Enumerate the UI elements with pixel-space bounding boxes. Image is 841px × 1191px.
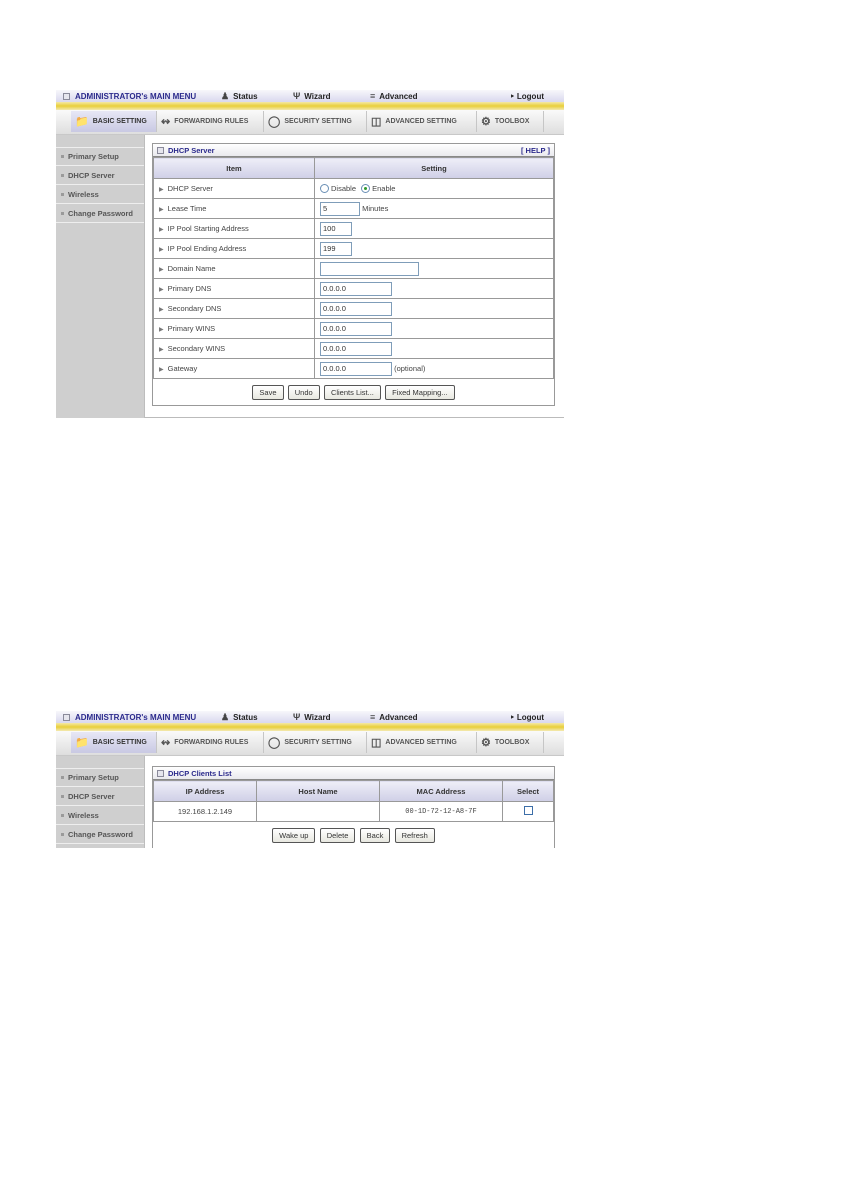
advanced-label: Advanced xyxy=(379,92,417,101)
wake-up-button[interactable]: Wake up xyxy=(272,828,315,843)
arrows-icon: ↭ xyxy=(161,115,170,128)
tab-advanced-setting[interactable]: ◫ADVANCED SETTING xyxy=(367,732,477,753)
disable-radio[interactable] xyxy=(320,184,329,193)
bullet-icon xyxy=(61,155,64,158)
wizard-icon: Ψ xyxy=(293,91,300,101)
pool-start-input[interactable]: 100 xyxy=(320,222,352,236)
undo-button[interactable]: Undo xyxy=(288,385,320,400)
tab-label: ADVANCED SETTING xyxy=(385,739,456,746)
arrows-icon: ↭ xyxy=(161,736,170,749)
col-setting: Setting xyxy=(315,158,554,179)
row-label: ▶Secondary DNS xyxy=(154,299,315,319)
secondary-dns-input[interactable]: 0.0.0.0 xyxy=(320,302,392,316)
col-item: Item xyxy=(154,158,315,179)
delete-button[interactable]: Delete xyxy=(320,828,356,843)
status-icon: ♟ xyxy=(221,91,229,102)
sidebar-item-change-password[interactable]: Change Password xyxy=(56,825,144,844)
advanced-setting-icon: ◫ xyxy=(371,736,381,749)
sidebar: Primary Setup DHCP Server Wireless Chang… xyxy=(56,756,145,848)
gateway-note: (optional) xyxy=(394,363,425,372)
table-row: ▶Gateway 0.0.0.0 (optional) xyxy=(154,359,554,379)
tab-label: ADVANCED SETTING xyxy=(385,118,456,125)
row-setting: 100 xyxy=(315,219,554,239)
tab-toolbox[interactable]: ⚙TOOLBOX xyxy=(477,111,544,132)
advanced-icon: ≡ xyxy=(370,91,375,101)
button-row: Wake up Delete Back Refresh xyxy=(153,822,554,848)
sidebar-item-wireless[interactable]: Wireless xyxy=(56,806,144,825)
col-mac-address: MAC Address xyxy=(380,781,503,802)
tab-advanced-setting[interactable]: ◫ADVANCED SETTING xyxy=(367,111,477,132)
table-row: ▶Lease Time 5 Minutes xyxy=(154,199,554,219)
advanced-link[interactable]: ≡Advanced xyxy=(370,91,418,101)
secondary-wins-input[interactable]: 0.0.0.0 xyxy=(320,342,392,356)
lease-unit: Minutes xyxy=(362,203,388,212)
panel-header: DHCP Server [ HELP ] xyxy=(153,144,554,157)
arrow-icon: ▶ xyxy=(159,327,164,333)
panel-title: DHCP Server xyxy=(168,146,215,155)
tab-forwarding-rules[interactable]: ↭FORWARDING RULES xyxy=(157,732,264,753)
table-row: ▶DHCP Server Disable Enable xyxy=(154,179,554,199)
table-row: ▶Secondary DNS 0.0.0.0 xyxy=(154,299,554,319)
panel-square-icon xyxy=(157,147,164,154)
tab-security-setting[interactable]: ◯SECURITY SETTING xyxy=(264,111,367,132)
toolbox-icon: ⚙ xyxy=(481,736,491,749)
back-button[interactable]: Back xyxy=(360,828,391,843)
clients-table: IP Address Host Name MAC Address Select … xyxy=(153,780,554,822)
folder-icon: 📁 xyxy=(75,736,89,749)
row-setting: 0.0.0.0 xyxy=(315,319,554,339)
pool-end-input[interactable]: 199 xyxy=(320,242,352,256)
status-icon: ♟ xyxy=(221,712,229,723)
table-row: ▶Secondary WINS 0.0.0.0 xyxy=(154,339,554,359)
sidebar-item-wireless[interactable]: Wireless xyxy=(56,185,144,204)
label-text: Secondary WINS xyxy=(168,344,226,353)
bullet-icon xyxy=(61,795,64,798)
dhcp-clients-screenshot: ADMINISTRATOR's MAIN MENU ♟Status ΨWizar… xyxy=(56,711,564,848)
main-menu-bar: ADMINISTRATOR's MAIN MENU ♟Status ΨWizar… xyxy=(56,711,564,723)
tab-forwarding-rules[interactable]: ↭FORWARDING RULES xyxy=(157,111,264,132)
tab-label: SECURITY SETTING xyxy=(284,118,352,125)
row-label: ▶Secondary WINS xyxy=(154,339,315,359)
lock-icon: ◯ xyxy=(268,115,280,128)
logout-label: Logout xyxy=(517,92,544,101)
gold-divider xyxy=(56,102,564,110)
panel-title: DHCP Clients List xyxy=(168,769,232,778)
label-text: Domain Name xyxy=(168,264,216,273)
arrow-icon: ▶ xyxy=(159,187,164,193)
col-host-name: Host Name xyxy=(257,781,380,802)
sidebar-item-dhcp-server[interactable]: DHCP Server xyxy=(56,166,144,185)
dhcp-server-screenshot: ADMINISTRATOR's MAIN MENU ♟Status ΨWizar… xyxy=(56,90,564,418)
table-row: 192.168.1.2.149 00-1D-72-12-A8-7F xyxy=(154,802,554,822)
dhcp-clients-panel: DHCP Clients List IP Address Host Name M… xyxy=(152,766,555,848)
arrow-icon: ▶ xyxy=(159,307,164,313)
panel-header: DHCP Clients List xyxy=(153,767,554,780)
row-setting: 0.0.0.0 xyxy=(315,339,554,359)
arrow-icon: ▶ xyxy=(159,227,164,233)
client-mac: 00-1D-72-12-A8-7F xyxy=(380,802,503,822)
toolbox-icon: ⚙ xyxy=(481,115,491,128)
bullet-icon xyxy=(61,833,64,836)
tab-basic-setting[interactable]: 📁BASIC SETTING xyxy=(71,111,157,132)
label-text: IP Pool Ending Address xyxy=(168,244,247,253)
row-label: ▶Primary DNS xyxy=(154,279,315,299)
main-menu-title: ADMINISTRATOR's MAIN MENU xyxy=(75,713,196,722)
sidebar-item-change-password[interactable]: Change Password xyxy=(56,204,144,223)
row-label: ▶Gateway xyxy=(154,359,315,379)
client-host xyxy=(257,802,380,822)
tab-bar: 📁BASIC SETTING ↭FORWARDING RULES ◯SECURI… xyxy=(56,110,564,135)
arrow-icon: ▶ xyxy=(159,347,164,353)
row-label: ▶Primary WINS xyxy=(154,319,315,339)
label-text: Gateway xyxy=(168,364,198,373)
sidebar-label: DHCP Server xyxy=(68,792,115,801)
enable-radio[interactable] xyxy=(361,184,370,193)
sidebar: Primary Setup DHCP Server Wireless Chang… xyxy=(56,135,145,418)
label-text: Primary WINS xyxy=(168,324,216,333)
sidebar-label: Primary Setup xyxy=(68,773,119,782)
wizard-label: Wizard xyxy=(304,713,330,722)
sidebar-label: Change Password xyxy=(68,830,133,839)
folder-icon: 📁 xyxy=(75,115,89,128)
menu-square-icon xyxy=(63,93,70,100)
primary-dns-input[interactable]: 0.0.0.0 xyxy=(320,282,392,296)
wizard-icon: Ψ xyxy=(293,712,300,722)
table-row: ▶Domain Name xyxy=(154,259,554,279)
primary-wins-input[interactable]: 0.0.0.0 xyxy=(320,322,392,336)
advanced-setting-icon: ◫ xyxy=(371,115,381,128)
status-label: Status xyxy=(233,92,257,101)
tab-label: TOOLBOX xyxy=(495,118,529,125)
domain-name-input[interactable] xyxy=(320,262,419,276)
table-row: ▶IP Pool Starting Address 100 xyxy=(154,219,554,239)
status-link[interactable]: ♟Status xyxy=(221,712,258,723)
table-row: ▶IP Pool Ending Address 199 xyxy=(154,239,554,259)
arrow-icon: ▶ xyxy=(159,267,164,273)
help-link[interactable]: [ HELP ] xyxy=(521,146,550,155)
gold-divider xyxy=(56,723,564,731)
gateway-input[interactable]: 0.0.0.0 xyxy=(320,362,392,376)
panel-square-icon xyxy=(157,770,164,777)
lease-time-input[interactable]: 5 xyxy=(320,202,360,216)
client-select-cell xyxy=(503,802,554,822)
wizard-link[interactable]: ΨWizard xyxy=(293,712,330,722)
tab-label: SECURITY SETTING xyxy=(284,739,352,746)
label-text: Lease Time xyxy=(168,204,207,213)
arrow-icon: ▶ xyxy=(159,287,164,293)
sidebar-label: Wireless xyxy=(68,190,99,199)
label-text: Primary DNS xyxy=(168,284,212,293)
disable-label: Disable xyxy=(331,184,356,193)
table-row: ▶Primary WINS 0.0.0.0 xyxy=(154,319,554,339)
row-label: ▶IP Pool Starting Address xyxy=(154,219,315,239)
status-link[interactable]: ♟Status xyxy=(221,91,258,102)
bullet-icon xyxy=(61,814,64,817)
menu-square-icon xyxy=(63,714,70,721)
bullet-icon xyxy=(61,776,64,779)
wizard-link[interactable]: ΨWizard xyxy=(293,91,330,101)
tab-label: BASIC SETTING xyxy=(93,118,147,125)
clients-list-button[interactable]: Clients List... xyxy=(324,385,381,400)
row-setting: 0.0.0.0 (optional) xyxy=(315,359,554,379)
label-text: Secondary DNS xyxy=(168,304,222,313)
tab-label: FORWARDING RULES xyxy=(174,118,248,125)
dhcp-server-panel: DHCP Server [ HELP ] Item Setting ▶DHCP … xyxy=(152,143,555,406)
col-ip-address: IP Address xyxy=(154,781,257,802)
row-label: ▶Domain Name xyxy=(154,259,315,279)
logout-link[interactable]: ‣ Logout xyxy=(510,92,544,101)
select-checkbox[interactable] xyxy=(524,806,533,815)
client-ip: 192.168.1.2.149 xyxy=(154,802,257,822)
row-setting: 5 Minutes xyxy=(315,199,554,219)
arrow-icon: ▶ xyxy=(159,367,164,373)
logout-label: Logout xyxy=(517,713,544,722)
label-text: DHCP Server xyxy=(168,184,213,193)
advanced-link[interactable]: ≡Advanced xyxy=(370,712,418,722)
tab-bar: 📁BASIC SETTING ↭FORWARDING RULES ◯SECURI… xyxy=(56,731,564,756)
status-label: Status xyxy=(233,713,257,722)
advanced-icon: ≡ xyxy=(370,712,375,722)
table-row: ▶Primary DNS 0.0.0.0 xyxy=(154,279,554,299)
tab-basic-setting[interactable]: 📁BASIC SETTING xyxy=(71,732,157,753)
sidebar-label: DHCP Server xyxy=(68,171,115,180)
lock-icon: ◯ xyxy=(268,736,280,749)
tab-security-setting[interactable]: ◯SECURITY SETTING xyxy=(264,732,367,753)
button-row: Save Undo Clients List... Fixed Mapping.… xyxy=(153,379,554,405)
row-setting: 199 xyxy=(315,239,554,259)
refresh-button[interactable]: Refresh xyxy=(395,828,435,843)
logout-link[interactable]: ‣ Logout xyxy=(510,713,544,722)
save-button[interactable]: Save xyxy=(252,385,283,400)
arrow-icon: ▶ xyxy=(159,247,164,253)
tab-label: TOOLBOX xyxy=(495,739,529,746)
row-setting: 0.0.0.0 xyxy=(315,279,554,299)
col-select: Select xyxy=(503,781,554,802)
arrow-icon: ▶ xyxy=(159,207,164,213)
row-setting xyxy=(315,259,554,279)
tab-toolbox[interactable]: ⚙TOOLBOX xyxy=(477,732,544,753)
label-text: IP Pool Starting Address xyxy=(168,224,249,233)
bullet-icon xyxy=(61,193,64,196)
row-label: ▶IP Pool Ending Address xyxy=(154,239,315,259)
sidebar-label: Change Password xyxy=(68,209,133,218)
main-menu-bar: ADMINISTRATOR's MAIN MENU ♟Status ΨWizar… xyxy=(56,90,564,102)
row-label: ▶Lease Time xyxy=(154,199,315,219)
advanced-label: Advanced xyxy=(379,713,417,722)
enable-label: Enable xyxy=(372,184,395,193)
tab-label: FORWARDING RULES xyxy=(174,739,248,746)
bullet-icon xyxy=(61,212,64,215)
sidebar-item-dhcp-server[interactable]: DHCP Server xyxy=(56,787,144,806)
sidebar-label: Wireless xyxy=(68,811,99,820)
fixed-mapping-button[interactable]: Fixed Mapping... xyxy=(385,385,454,400)
row-setting: Disable Enable xyxy=(315,179,554,199)
sidebar-item-primary-setup[interactable]: Primary Setup xyxy=(56,768,144,787)
bullet-icon xyxy=(61,174,64,177)
wizard-label: Wizard xyxy=(304,92,330,101)
tab-label: BASIC SETTING xyxy=(93,739,147,746)
bottom-divider xyxy=(145,417,564,418)
main-menu-title: ADMINISTRATOR's MAIN MENU xyxy=(75,92,196,101)
dhcp-settings-table: Item Setting ▶DHCP Server Disable Enable… xyxy=(153,157,554,379)
sidebar-label: Primary Setup xyxy=(68,152,119,161)
row-label: ▶DHCP Server xyxy=(154,179,315,199)
sidebar-item-primary-setup[interactable]: Primary Setup xyxy=(56,147,144,166)
row-setting: 0.0.0.0 xyxy=(315,299,554,319)
